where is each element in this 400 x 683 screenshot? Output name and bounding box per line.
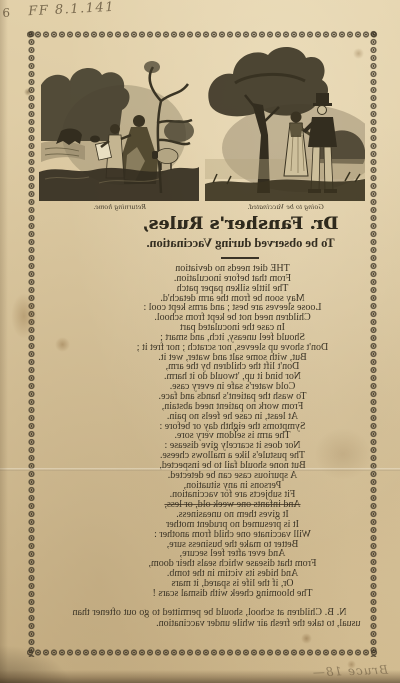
call-number-handwriting: FF 8.1.141 xyxy=(28,0,115,19)
paper-crease xyxy=(0,468,400,471)
paper-edge-shading xyxy=(0,0,8,683)
poem-line: The blooming cheek with dismal scars ! xyxy=(67,589,368,599)
foreground-bank xyxy=(40,167,200,201)
man-coat xyxy=(309,117,338,147)
tree-foliage xyxy=(209,47,329,116)
foreground-grass xyxy=(206,179,366,201)
man-head xyxy=(318,106,327,115)
footnote: N. B. Children at school, should be perm… xyxy=(73,607,361,630)
divider-rule xyxy=(222,257,260,259)
bottom-edge-shadow xyxy=(0,670,400,683)
broadside-photo: FF 8.1.141 6 xyxy=(0,0,400,683)
woodcut-row: Going to be Vaccinated. xyxy=(37,43,368,211)
text-column: Dr. Fansher's Rules, To be observed duri… xyxy=(67,214,368,630)
sheep xyxy=(157,149,179,164)
caption-going-to-be-vaccinated: Going to be Vaccinated. xyxy=(206,202,366,211)
ornamental-border-left xyxy=(369,30,378,657)
woodcut-couple-scene xyxy=(206,43,366,201)
tree-foliage-patch xyxy=(165,120,195,142)
woodcut-returning-home: Returning home. xyxy=(40,43,200,211)
woodcut-going-to-be-vaccinated: Going to be Vaccinated. xyxy=(206,43,366,211)
poem: THE diet needs no deviationFrom that bef… xyxy=(67,264,368,599)
page-subtitle: To be observed during Vaccination. xyxy=(75,236,368,251)
page-title: Dr. Fansher's Rules, xyxy=(75,214,368,234)
printed-content: Going to be Vaccinated. xyxy=(37,40,368,647)
caption-returning-home: Returning home. xyxy=(40,202,200,211)
woodcut-family-scene xyxy=(40,43,200,201)
ornamental-border-right xyxy=(27,30,36,657)
paper-sheet: FF 8.1.141 6 xyxy=(0,0,400,683)
top-hat xyxy=(317,93,330,104)
ornamental-border-top xyxy=(27,30,378,39)
